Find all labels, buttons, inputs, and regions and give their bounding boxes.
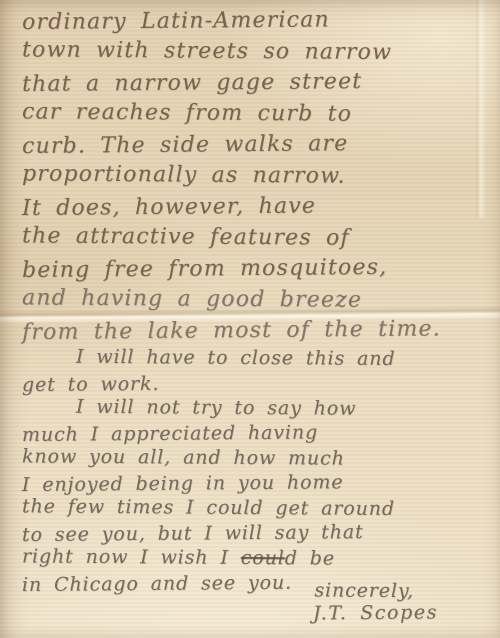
handwriting-line: and having a good breeze xyxy=(22,282,488,316)
handwriting-line: curb. The side walks are xyxy=(22,127,488,162)
handwriting-line: the few times I could get around xyxy=(22,494,488,522)
handwriting-line: I will have to close this and xyxy=(22,344,488,372)
handwriting-line: know you all, and how much xyxy=(22,444,488,472)
handwriting-line: to see you, but I will say that xyxy=(22,519,488,548)
handwriting-line: from the lake most of the time. xyxy=(22,313,488,348)
signature: J.T. Scopes xyxy=(22,600,488,628)
crossed-out-word: coul xyxy=(241,547,285,569)
handwriting-line: ordinary Latin-American xyxy=(22,3,488,38)
handwriting-line: being free from mosquitoes, xyxy=(22,251,488,286)
handwriting-line: that a narrow gage street xyxy=(22,65,488,100)
letter-body: ordinary Latin-American town with street… xyxy=(22,5,488,626)
handwriting-line: It does, however, have xyxy=(22,189,488,224)
handwriting-line: much I appreciated having xyxy=(22,419,488,448)
closing-line: sincerely, xyxy=(22,576,488,603)
handwriting-line: I enjoyed being in you home xyxy=(22,469,488,498)
correction-pre-text: right now I wish I xyxy=(22,545,241,569)
signature-block: sincerely, J.T. Scopes xyxy=(22,578,488,626)
handwriting-line: proportionally as narrow. xyxy=(22,158,488,192)
handwriting-line: car reaches from curb to xyxy=(22,96,488,130)
handwriting-line: get to work. xyxy=(22,369,488,398)
handwriting-line: the attractive features of xyxy=(22,220,488,254)
letter-page: ordinary Latin-American town with street… xyxy=(0,0,500,638)
handwriting-line: I will not try to say how xyxy=(22,394,488,422)
handwriting-line: town with streets so narrow xyxy=(22,34,488,68)
correction-post-text: d be xyxy=(285,547,335,569)
handwriting-line-with-correction: right now I wish I could be xyxy=(22,544,488,572)
